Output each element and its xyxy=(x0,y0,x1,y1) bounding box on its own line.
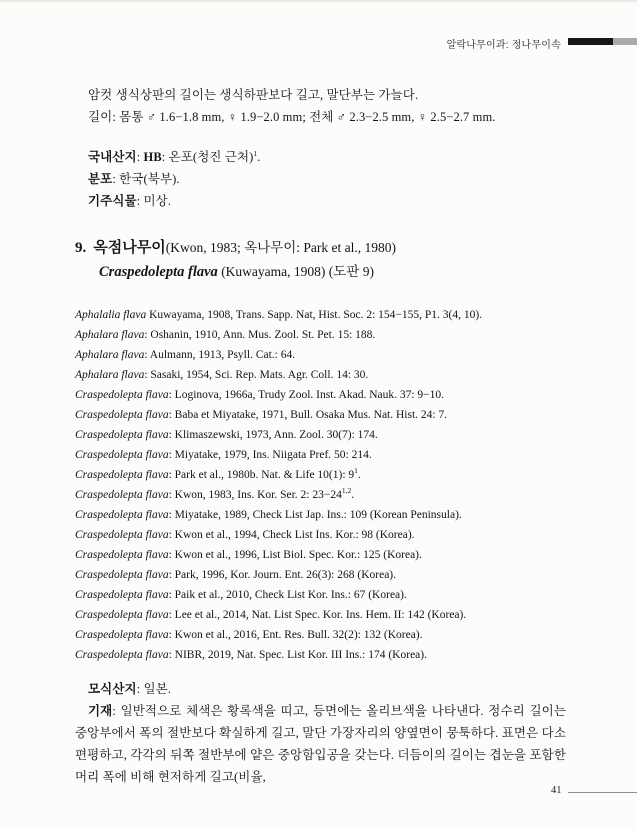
synonymy-entry: Craspedolepta flava: Miyatake, 1979, Ins… xyxy=(75,445,615,465)
record-host-plant: 기주식물: 미상. xyxy=(88,191,171,209)
synonymy-entry: Aphalara flava: Aulmann, 1913, Psyll. Ca… xyxy=(75,345,615,365)
synonymy-entry: Craspedolepta flava: Kwon, 1983, Ins. Ko… xyxy=(75,485,615,505)
synonymy-entry: Craspedolepta flava: NIBR, 2019, Nat. Sp… xyxy=(75,645,615,665)
synonymy-entry: Craspedolepta flava: Baba et Miyatake, 1… xyxy=(75,405,615,425)
species-heading-korean: 9.옥점나무이(Kwon, 1983; 옥나무이: Park et al., 1… xyxy=(75,236,396,257)
document-page: 알락나무이과: 정나무이속 암컷 생식상판의 길이는 생식하판보다 길고, 말단… xyxy=(0,0,637,830)
page-top-edge xyxy=(0,0,637,2)
running-title: 알락나무이과: 정나무이속 xyxy=(447,36,561,51)
page-number: 41 xyxy=(551,785,562,796)
synonymy-entry: Aphalara flava: Oshanin, 1910, Ann. Mus.… xyxy=(75,325,615,345)
synonymy-entry: Craspedolepta flava: Klimaszewski, 1973,… xyxy=(75,425,615,445)
header-bar-gray xyxy=(613,38,637,45)
synonymy-entry: Craspedolepta flava: Loginova, 1966a, Tr… xyxy=(75,385,615,405)
synonymy-entry: Craspedolepta flava: Kwon et al., 2016, … xyxy=(75,625,615,645)
synonymy-entry: Craspedolepta flava: Kwon et al., 1996, … xyxy=(75,545,615,565)
record-type-locality: 모식산지: 일본. xyxy=(88,679,171,697)
synonymy-entry: Craspedolepta flava: Kwon et al., 1994, … xyxy=(75,525,615,545)
header-bar-black xyxy=(568,38,613,45)
record-distribution: 분포: 한국(북부). xyxy=(88,169,180,187)
synonymy-entry: Craspedolepta flava: Park et al., 1980b.… xyxy=(75,465,615,485)
description-paragraph: 기재: 일반적으로 체색은 황록색을 띠고, 등면에는 올리브색을 나타낸다. … xyxy=(75,700,566,788)
synonymy-entry: Aphalara flava: Sasaki, 1954, Sci. Rep. … xyxy=(75,365,615,385)
species-heading-scientific: Craspedolepta flava (Kuwayama, 1908) (도판… xyxy=(99,260,374,281)
synonymy-entry: Craspedolepta flava: Miyatake, 1989, Che… xyxy=(75,505,615,525)
synonymy-entry: Aphalalia flava Kuwayama, 1908, Trans. S… xyxy=(75,305,615,325)
synonymy-entry: Craspedolepta flava: Lee et al., 2014, N… xyxy=(75,605,615,625)
record-domestic-locality: 국내산지: HB: 온포(청진 근처)1. xyxy=(88,147,260,165)
intro-line-2: 길이: 몸통 ♂ 1.6−1.8 mm, ♀ 1.9−2.0 mm; 전체 ♂ … xyxy=(88,107,496,125)
footer-rule xyxy=(568,792,637,793)
synonymy-list: Aphalalia flava Kuwayama, 1908, Trans. S… xyxy=(75,305,615,665)
intro-line-1: 암컷 생식상판의 길이는 생식하판보다 길고, 말단부는 가늘다. xyxy=(88,85,418,103)
synonymy-entry: Craspedolepta flava: Park, 1996, Kor. Jo… xyxy=(75,565,615,585)
synonymy-entry: Craspedolepta flava: Paik et al., 2010, … xyxy=(75,585,615,605)
